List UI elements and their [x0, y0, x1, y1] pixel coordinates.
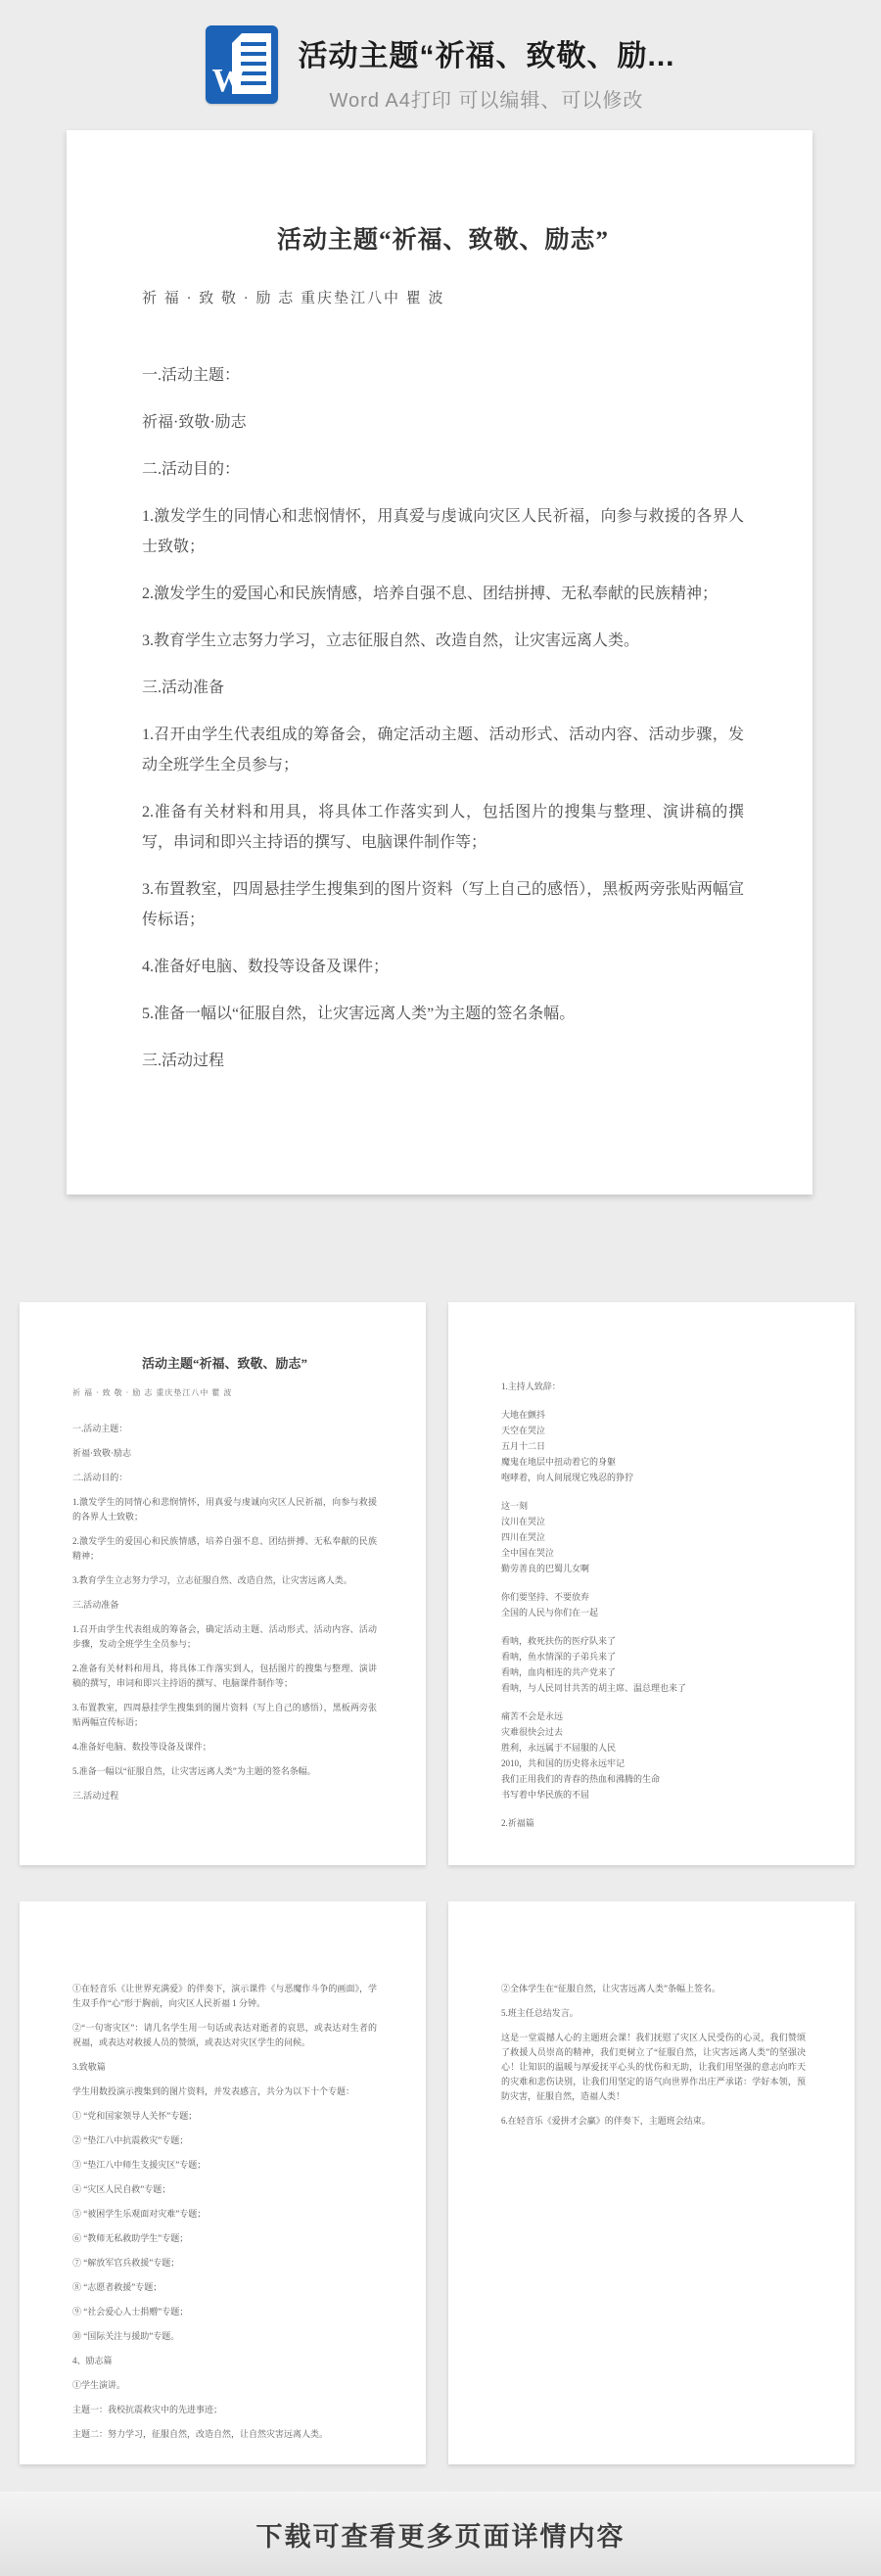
- thumb-paragraph: 学生用数投演示搜集到的图片资料，并发表感言，共分为以下十个专题：: [72, 2084, 377, 2099]
- thumb-paragraph: ⑧ “志愿者救援”专题；: [72, 2280, 377, 2295]
- thumb-paragraph: 2.准备有关材料和用具，将具体工作落实到人，包括图片的搜集与整理、演讲稿的撰写，…: [72, 1662, 377, 1691]
- thumb-paragraph: 三.活动过程: [72, 1789, 377, 1803]
- thumb-paragraph: 3.致敬篇: [72, 2060, 377, 2075]
- thumb-paragraph: 大地在颤抖 天空在哭泣 五月十二日 魔鬼在地层中扭动着它的身躯 咆哮着，向人间展…: [501, 1407, 806, 1485]
- thumb-paragraph: 看呐，救死扶伤的医疗队来了 看呐，鱼水情深的子弟兵来了 看呐，血肉相连的共产党来…: [501, 1633, 806, 1696]
- document-format-subtitle: Word A4打印 可以编辑、可以修改: [298, 84, 674, 113]
- thumb2-body: 1.主持人致辞：大地在颤抖 天空在哭泣 五月十二日 魔鬼在地层中扭动着它的身躯 …: [501, 1379, 806, 1831]
- thumb-paragraph: ④ “灾区人民自救”专题；: [72, 2182, 377, 2197]
- thumb-paragraph: 祈福·致敬·励志: [72, 1446, 377, 1461]
- word-file-icon: W: [206, 25, 278, 104]
- footer-bar: 下载可查看更多页面详情内容: [0, 2492, 881, 2576]
- thumb-paragraph: 6.在轻音乐《爱拼才会赢》的伴奏下，主题班会结束。: [501, 2114, 806, 2129]
- doc-paragraph: 2.激发学生的爱国心和民族情感，培养自强不息、团结拼搏、无私奉献的民族精神；: [142, 579, 744, 609]
- thumb-paragraph: ③ “垫江八中师生支援灾区”专题；: [72, 2158, 377, 2173]
- thumb-paragraph: ② “垫江八中抗震救灾”专题；: [72, 2133, 377, 2148]
- doc-paragraph: 三.活动准备: [142, 673, 744, 703]
- thumb-paragraph: 这是一堂震撼人心的主题班会课！我们抚慰了灾区人民受伤的心灵，我们赞颂了救援人员崇…: [501, 2031, 806, 2104]
- thumb-paragraph: ⑥ “教师无私救助学生”专题；: [72, 2231, 377, 2246]
- thumb-paragraph: 2.激发学生的爱国心和民族情感，培养自强不息、团结拼搏、无私奉献的民族精神；: [72, 1534, 377, 1564]
- thumb-paragraph: 1.召开由学生代表组成的筹备会，确定活动主题、活动形式、活动内容、活动步骤，发动…: [72, 1622, 377, 1652]
- thumb-paragraph: ⑨ “社会爱心人士捐赠”专题；: [72, 2305, 377, 2319]
- thumb-paragraph: 5.班主任总结发言。: [501, 2006, 806, 2021]
- page-thumbnail-1[interactable]: 活动主题“祈福、致敬、励志” 祈 福 · 致 敬 · 励 志 重庆垫江八中 瞿 …: [20, 1302, 426, 1865]
- thumb-paragraph: 1.主持人致辞：: [501, 1379, 806, 1394]
- doc-paragraph: 二.活动目的：: [142, 454, 744, 485]
- thumb-paragraph: ⑦ “解放军官兵救援”专题；: [72, 2256, 377, 2271]
- thumb-paragraph: ① “党和国家领导人关怀”专题；: [72, 2109, 377, 2124]
- word-icon-letter: W: [211, 65, 245, 98]
- page-thumbnail-4[interactable]: ②全体学生在“征服自然，让灾害远离人类”条幅上签名。5.班主任总结发言。这是一堂…: [448, 1901, 855, 2464]
- doc-paragraph: 祈福·致敬·励志: [142, 407, 744, 438]
- doc-paragraph: 3.教育学生立志努力学习，立志征服自然、改造自然，让灾害远离人类。: [142, 626, 744, 656]
- doc-paragraph: 1.激发学生的同情心和悲悯情怀，用真爱与虔诚向灾区人民祈福，向参与救援的各界人士…: [142, 501, 744, 562]
- footer-download-hint: 下载可查看更多页面详情内容: [256, 2515, 626, 2553]
- thumb-paragraph: 5.准备一幅以“征服自然，让灾害远离人类”为主题的签名条幅。: [72, 1764, 377, 1779]
- thumb-paragraph: ①学生演讲。: [72, 2378, 377, 2393]
- thumb-paragraph: 2.祈福篇: [501, 1815, 806, 1831]
- thumb-paragraph: 主题二：努力学习，征服自然，改造自然，让自然灾害远离人类。: [72, 2427, 377, 2442]
- thumb-paragraph: 1.激发学生的同情心和悲悯情怀，用真爱与虔诚向灾区人民祈福，向参与救援的各界人士…: [72, 1495, 377, 1524]
- thumb-paragraph: 4.准备好电脑、数投等设备及课件；: [72, 1740, 377, 1755]
- page-header: W 活动主题“祈福、致敬、励... Word A4打印 可以编辑、可以修改: [0, 25, 881, 113]
- doc-byline: 祈 福 · 致 敬 · 励 志 重庆垫江八中 瞿 波: [142, 287, 744, 307]
- thumb1-byline: 祈 福 · 致 敬 · 励 志 重庆垫江八中 瞿 波: [72, 1387, 377, 1398]
- thumb-paragraph: 一.活动主题：: [72, 1422, 377, 1436]
- thumb3-body: ①在轻音乐《让世界充满爱》的伴奏下，演示课件《与恶魔作斗争的画面》，学生双手作“…: [72, 1982, 377, 2442]
- thumb-paragraph: ②全体学生在“征服自然，让灾害远离人类”条幅上签名。: [501, 1982, 806, 1996]
- document-title-header: 活动主题“祈福、致敬、励...: [298, 31, 674, 74]
- main-page-preview[interactable]: 活动主题“祈福、致敬、励志” 祈 福 · 致 敬 · 励 志 重庆垫江八中 瞿 …: [67, 130, 812, 1194]
- thumb4-body: ②全体学生在“征服自然，让灾害远离人类”条幅上签名。5.班主任总结发言。这是一堂…: [501, 1982, 806, 2129]
- thumb-paragraph: 4、励志篇: [72, 2354, 377, 2368]
- thumb-paragraph: 主题一：我校抗震救灾中的先进事迹；: [72, 2403, 377, 2417]
- thumb-paragraph: ②“一句寄灾区”：请几名学生用一句话或表达对逝者的哀思，或表达对生者的祝福，或表…: [72, 2021, 377, 2050]
- doc-paragraph: 4.准备好电脑、数投等设备及课件；: [142, 952, 744, 982]
- doc-paragraph: 3.布置教室，四周悬挂学生搜集到的图片资料（写上自己的感悟），黑板两旁张贴两幅宣…: [142, 874, 744, 935]
- thumb-paragraph: 3.教育学生立志努力学习，立志征服自然、改造自然，让灾害远离人类。: [72, 1573, 377, 1588]
- doc-page-title: 活动主题“祈福、致敬、励志”: [142, 220, 744, 256]
- doc-paragraph: 三.活动过程: [142, 1046, 744, 1076]
- page-thumbnail-2[interactable]: 1.主持人致辞：大地在颤抖 天空在哭泣 五月十二日 魔鬼在地层中扭动着它的身躯 …: [448, 1302, 855, 1865]
- thumb-paragraph: 3.布置教室，四周悬挂学生搜集到的图片资料（写上自己的感悟），黑板两旁张贴两幅宣…: [72, 1701, 377, 1730]
- thumb1-title: 活动主题“祈福、致敬、励志”: [72, 1353, 377, 1372]
- doc-paragraph: 2.准备有关材料和用具，将具体工作落实到人，包括图片的搜集与整理、演讲稿的撰写，…: [142, 797, 744, 858]
- thumb-paragraph: 这一刻 汶川在哭泣 四川在哭泣 全中国在哭泣 勤劳善良的巴蜀儿女啊: [501, 1498, 806, 1576]
- thumb-paragraph: 你们要坚持、不要放弃 全国的人民与你们在一起: [501, 1589, 806, 1620]
- thumb-paragraph: ①在轻音乐《让世界充满爱》的伴奏下，演示课件《与恶魔作斗争的画面》，学生双手作“…: [72, 1982, 377, 2011]
- doc-paragraph: 1.召开由学生代表组成的筹备会，确定活动主题、活动形式、活动内容、活动步骤，发动…: [142, 720, 744, 780]
- thumb-paragraph: 痛苦不会是永远 灾难很快会过去 胜利，永远属于不屈服的人民 2010，共和国的历…: [501, 1709, 806, 1803]
- page-thumbnail-3[interactable]: ①在轻音乐《让世界充满爱》的伴奏下，演示课件《与恶魔作斗争的画面》，学生双手作“…: [20, 1901, 426, 2464]
- thumb-paragraph: ⑤ “被困学生乐观面对灾难”专题；: [72, 2207, 377, 2222]
- thumb-paragraph: ⑩ “国际关注与援助”专题。: [72, 2329, 377, 2344]
- thumb-paragraph: 二.活动目的：: [72, 1471, 377, 1485]
- doc-paragraph: 一.活动主题：: [142, 360, 744, 391]
- thumb-paragraph: 三.活动准备: [72, 1598, 377, 1613]
- doc-body: 一.活动主题：祈福·致敬·励志二.活动目的：1.激发学生的同情心和悲悯情怀，用真…: [142, 360, 744, 1076]
- doc-paragraph: 5.准备一幅以“征服自然，让灾害远离人类”为主题的签名条幅。: [142, 999, 744, 1029]
- thumb1-body: 一.活动主题：祈福·致敬·励志二.活动目的：1.激发学生的同情心和悲悯情怀，用真…: [72, 1422, 377, 1803]
